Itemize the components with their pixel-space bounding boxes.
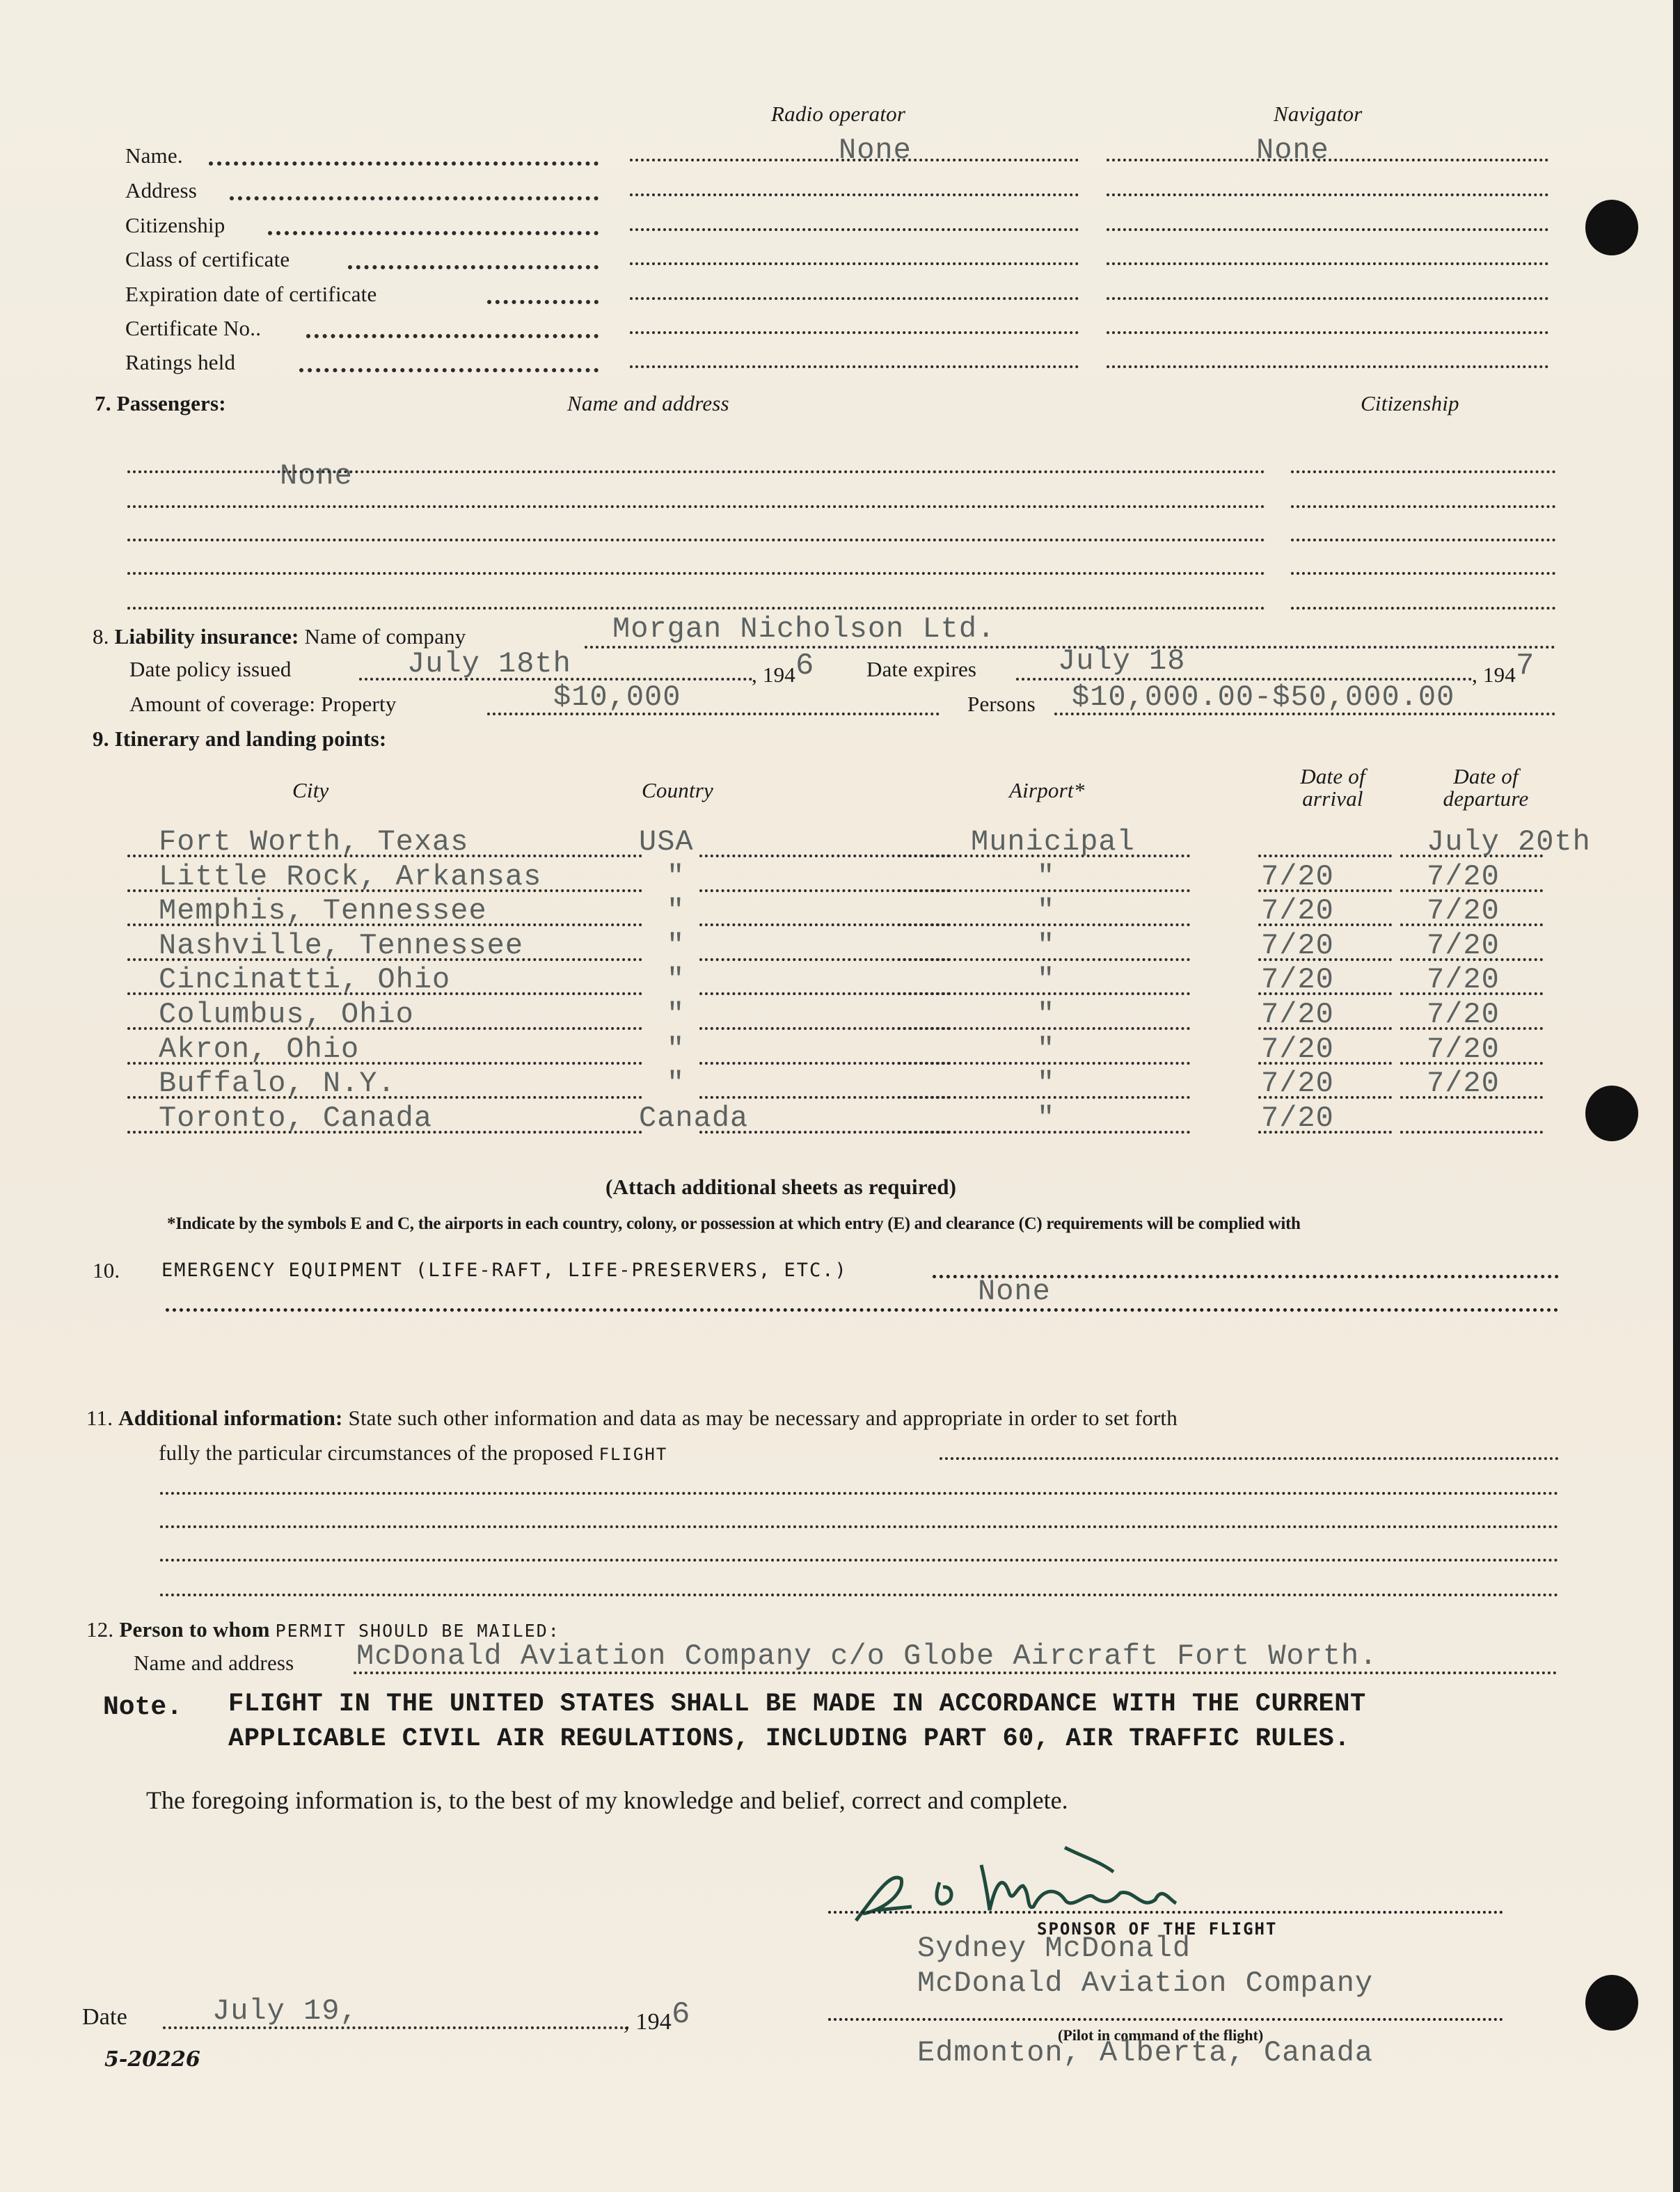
itinerary-airport: " bbox=[1037, 1033, 1055, 1066]
itinerary-arrival: 7/20 bbox=[1261, 860, 1334, 894]
field-label: Name of company bbox=[305, 624, 466, 649]
field-label: Citizenship bbox=[125, 213, 225, 238]
field-label: Address bbox=[125, 178, 197, 203]
section-number: 7. bbox=[95, 391, 111, 415]
column-header-departure: Date of departure bbox=[1430, 765, 1542, 810]
itinerary-country: USA bbox=[639, 825, 694, 859]
emergency-equipment-label: EMERGENCY EQUIPMENT (LIFE-RAFT, LIFE-PRE… bbox=[161, 1260, 848, 1281]
leader-dots bbox=[230, 196, 599, 200]
section-title: Itinerary and landing points: bbox=[115, 726, 387, 751]
field-line bbox=[630, 297, 1079, 300]
hole-punch-icon bbox=[1585, 200, 1638, 255]
scan-edge bbox=[1673, 0, 1680, 2192]
itinerary-airport: " bbox=[1037, 894, 1055, 928]
itinerary-city: Cincinatti, Ohio bbox=[159, 963, 450, 996]
field-line bbox=[1107, 365, 1548, 368]
itinerary-departure: July 20th bbox=[1427, 825, 1591, 859]
navigator-name: None bbox=[1256, 134, 1329, 167]
section-title: Person to whom bbox=[119, 1617, 269, 1642]
citizenship-line bbox=[1291, 539, 1555, 541]
section-number: 10. bbox=[93, 1258, 120, 1283]
section-number: 9. bbox=[93, 726, 109, 751]
hole-punch-icon bbox=[1585, 1086, 1638, 1141]
itinerary-city: Buffalo, N.Y. bbox=[159, 1067, 396, 1100]
field-line bbox=[1107, 262, 1548, 265]
coverage-property: $10,000 bbox=[553, 681, 681, 714]
attach-note: (Attach additional sheets as required) bbox=[605, 1175, 956, 1200]
field-label-date-issued: Date policy issued bbox=[129, 657, 292, 682]
year-digit: 7 bbox=[1516, 649, 1535, 683]
field-label-coverage: Amount of coverage: Property bbox=[129, 692, 397, 717]
issued-year: , 1946 bbox=[752, 657, 814, 692]
certification-statement: The foregoing information is, to the bes… bbox=[146, 1786, 1068, 1815]
field-line bbox=[160, 1594, 1559, 1596]
section-title: Passengers: bbox=[117, 391, 226, 415]
passenger-line bbox=[127, 470, 1265, 473]
itinerary-city: Toronto, Canada bbox=[159, 1102, 432, 1135]
section-text: fully the particular circumstances of th… bbox=[159, 1440, 594, 1465]
year-digit: 6 bbox=[795, 649, 814, 683]
itinerary-airport: Municipal bbox=[971, 825, 1135, 859]
file-number: 5-20226 bbox=[104, 2047, 200, 2072]
section-itinerary: 9. Itinerary and landing points: bbox=[93, 726, 386, 752]
itinerary-departure: 7/20 bbox=[1427, 860, 1500, 894]
itinerary-city: Nashville, Tennessee bbox=[159, 929, 523, 962]
citizenship-line bbox=[1291, 572, 1555, 575]
section-insurance: 8. Liability insurance: Name of company bbox=[93, 624, 466, 649]
column-header-airport: Airport* bbox=[1009, 778, 1084, 803]
section-number: 8. bbox=[93, 624, 109, 649]
signature-line bbox=[828, 1911, 1503, 1914]
field-label: Expiration date of certificate bbox=[125, 282, 377, 307]
itinerary-airport: " bbox=[1037, 929, 1055, 962]
section-title: Additional information: bbox=[118, 1406, 342, 1430]
itinerary-airport: " bbox=[1037, 860, 1055, 894]
section-text-line2: fully the particular circumstances of th… bbox=[159, 1440, 667, 1466]
itinerary-arrival: 7/20 bbox=[1261, 929, 1334, 962]
pilot-location: Edmonton, Alberta, Canada bbox=[917, 2036, 1373, 2070]
note-line-1: FLIGHT IN THE UNITED STATES SHALL BE MAD… bbox=[228, 1690, 1366, 1719]
itinerary-departure: 7/20 bbox=[1427, 963, 1500, 996]
section-text: State such other information and data as… bbox=[349, 1406, 1178, 1430]
footnote: *Indicate by the symbols E and C, the ai… bbox=[167, 1214, 1301, 1234]
field-line bbox=[166, 1308, 1559, 1312]
section-mail-to: 12. Person to whom PERMIT SHOULD BE MAIL… bbox=[86, 1617, 560, 1642]
field-line bbox=[1400, 1131, 1543, 1134]
policy-expires-date: July 18 bbox=[1058, 644, 1185, 678]
itinerary-country: " bbox=[667, 929, 685, 962]
hole-punch-icon bbox=[1585, 1975, 1638, 2031]
itinerary-departure: 7/20 bbox=[1427, 1067, 1500, 1100]
citizenship-line bbox=[1291, 607, 1555, 610]
itinerary-country: " bbox=[667, 894, 685, 928]
field-line bbox=[160, 1559, 1559, 1562]
radio-operator-name: None bbox=[839, 134, 912, 167]
itinerary-city: Columbus, Ohio bbox=[159, 998, 414, 1031]
section-title-caps: PERMIT SHOULD BE MAILED: bbox=[276, 1621, 560, 1641]
field-label: Ratings held bbox=[125, 350, 235, 375]
itinerary-country: " bbox=[667, 860, 685, 894]
field-line bbox=[630, 228, 1079, 231]
itinerary-airport: " bbox=[1037, 963, 1055, 996]
passenger-line bbox=[127, 539, 1265, 541]
itinerary-country: " bbox=[667, 1033, 685, 1066]
passenger-line bbox=[127, 505, 1265, 508]
itinerary-arrival: 7/20 bbox=[1261, 1067, 1334, 1100]
itinerary-airport: " bbox=[1037, 1067, 1055, 1100]
itinerary-city: Memphis, Tennessee bbox=[159, 894, 487, 928]
field-line bbox=[1107, 297, 1548, 300]
year-digit: 6 bbox=[672, 1997, 690, 2032]
leader-dots bbox=[306, 334, 599, 338]
itinerary-departure: 7/20 bbox=[1427, 998, 1500, 1031]
section-passengers: 7. Passengers: bbox=[95, 391, 226, 416]
itinerary-arrival: 7/20 bbox=[1261, 963, 1334, 996]
section-text-caps: FLIGHT bbox=[599, 1445, 668, 1464]
column-header-citizenship: Citizenship bbox=[1361, 391, 1459, 416]
leader-dots bbox=[209, 161, 599, 166]
field-label-date-expires: Date expires bbox=[866, 657, 976, 682]
coverage-persons: $10,000.00-$50,000.00 bbox=[1072, 681, 1455, 714]
emergency-equipment-value: None bbox=[978, 1275, 1051, 1308]
field-label: Certificate No.. bbox=[125, 316, 261, 341]
field-line bbox=[1107, 228, 1548, 231]
passenger-line bbox=[127, 572, 1265, 575]
date-value: July 19, bbox=[212, 1994, 358, 2028]
itinerary-airport: " bbox=[1037, 998, 1055, 1031]
itinerary-arrival: 7/20 bbox=[1261, 1033, 1334, 1066]
itinerary-country: " bbox=[667, 998, 685, 1031]
sponsor-company: McDonald Aviation Company bbox=[917, 1967, 1373, 2000]
column-header-country: Country bbox=[642, 778, 713, 803]
column-header-name-address: Name and address bbox=[567, 391, 729, 416]
itinerary-airport: " bbox=[1037, 1102, 1055, 1135]
itinerary-arrival: 7/20 bbox=[1261, 1102, 1334, 1135]
citizenship-line bbox=[1291, 505, 1555, 508]
column-header-city: City bbox=[292, 778, 328, 803]
itinerary-city: Little Rock, Arkansas bbox=[159, 860, 541, 894]
field-line bbox=[160, 1525, 1559, 1528]
date-label: Date bbox=[82, 2004, 127, 2031]
note-label: Note. bbox=[103, 1692, 182, 1722]
section-number: 11. bbox=[86, 1406, 113, 1430]
leader-dots bbox=[299, 368, 599, 372]
leader-dots bbox=[348, 265, 599, 269]
itinerary-arrival: 7/20 bbox=[1261, 894, 1334, 928]
column-header-navigator: Navigator bbox=[1274, 102, 1363, 127]
field-line bbox=[630, 331, 1079, 334]
itinerary-country: " bbox=[667, 963, 685, 996]
year-prefix: , 194 bbox=[1472, 662, 1516, 687]
insurance-company: Morgan Nicholson Ltd. bbox=[612, 612, 995, 646]
leader-dots bbox=[487, 300, 599, 304]
document-page: Radio operator Navigator Name. None None… bbox=[0, 0, 1680, 2192]
field-line bbox=[1107, 331, 1548, 334]
column-header-arrival: Date of arrival bbox=[1291, 765, 1374, 810]
field-label-name-address: Name and address bbox=[134, 1651, 294, 1676]
pilot-line bbox=[828, 2018, 1503, 2021]
column-header-radio-operator: Radio operator bbox=[771, 102, 905, 127]
sponsor-name: Sydney McDonald bbox=[917, 1932, 1191, 1965]
field-line bbox=[630, 262, 1079, 265]
field-line bbox=[630, 365, 1079, 368]
field-line bbox=[160, 1492, 1559, 1495]
passenger-entry: None bbox=[280, 459, 353, 493]
field-label-persons: Persons bbox=[967, 692, 1036, 717]
itinerary-departure: 7/20 bbox=[1427, 894, 1500, 928]
itinerary-country: Canada bbox=[639, 1102, 748, 1135]
year-prefix: , 194 bbox=[624, 2009, 672, 2035]
itinerary-city: Fort Worth, Texas bbox=[159, 825, 468, 859]
itinerary-arrival: 7/20 bbox=[1261, 998, 1334, 1031]
field-line bbox=[940, 1457, 1559, 1460]
section-additional: 11. Additional information: State such o… bbox=[86, 1406, 1178, 1431]
leader-dots bbox=[268, 231, 599, 235]
field-label: Name. bbox=[125, 143, 183, 168]
year-prefix: , 194 bbox=[752, 662, 795, 687]
itinerary-departure: 7/20 bbox=[1427, 1033, 1500, 1066]
itinerary-departure: 7/20 bbox=[1427, 929, 1500, 962]
field-line bbox=[1107, 193, 1548, 196]
field-line bbox=[1258, 855, 1392, 857]
field-label: Class of certificate bbox=[125, 247, 290, 272]
itinerary-country: " bbox=[667, 1067, 685, 1100]
section-title: Liability insurance: bbox=[115, 624, 299, 649]
expires-year: , 1947 bbox=[1472, 657, 1535, 692]
field-line bbox=[630, 193, 1079, 196]
signature-icon bbox=[835, 1844, 1448, 1928]
citizenship-line bbox=[1291, 470, 1555, 473]
date-year: , 1946 bbox=[624, 2004, 690, 2039]
itinerary-city: Akron, Ohio bbox=[159, 1033, 359, 1066]
section-number: 12. bbox=[86, 1617, 113, 1642]
passenger-line bbox=[127, 607, 1265, 610]
note-line-2: APPLICABLE CIVIL AIR REGULATIONS, INCLUD… bbox=[228, 1724, 1350, 1754]
policy-issued-date: July 18th bbox=[407, 647, 571, 681]
mail-to-address: McDonald Aviation Company c/o Globe Airc… bbox=[356, 1639, 1377, 1673]
